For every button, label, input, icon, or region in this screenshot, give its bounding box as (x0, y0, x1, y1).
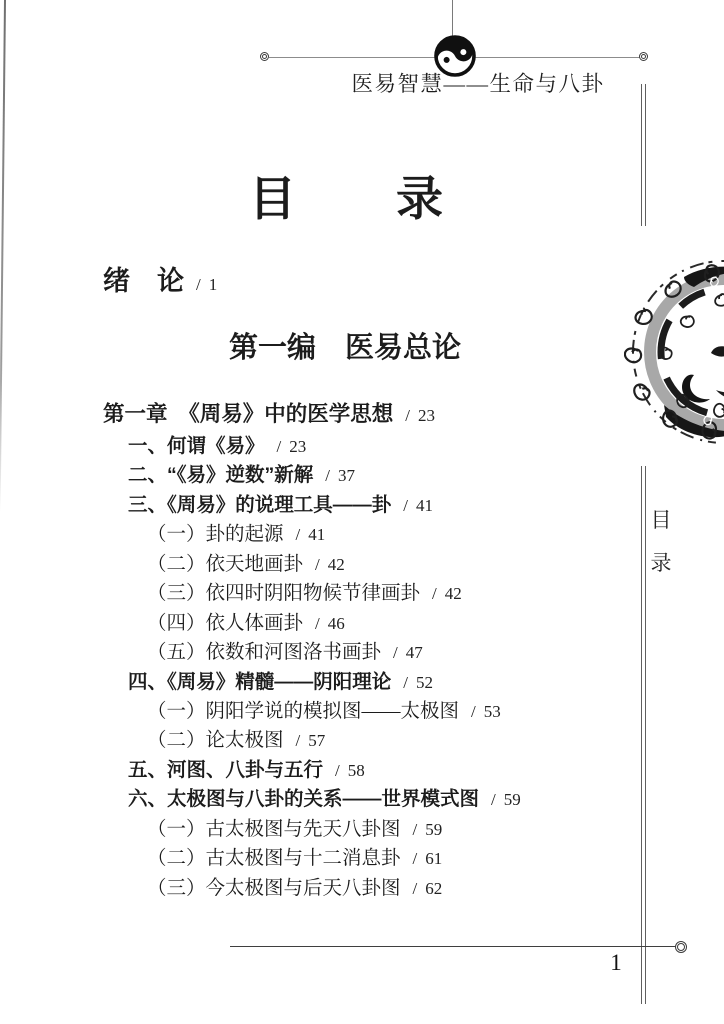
toc-entry-page: 37 (338, 466, 355, 485)
toc-entry-page: 47 (406, 643, 423, 662)
toc-entry: 二、“《易》逆数”新解 / 37 (103, 461, 623, 490)
toc-entry: （一）卦的起源 / 41 (103, 520, 623, 549)
margin-tab-char: 录 (649, 552, 673, 575)
toc-entry: （四）依人体画卦 / 46 (103, 609, 623, 638)
toc-list: 第一章 《周易》中的医学思想 / 23 一、何谓《易》 / 23 二、“《易》逆… (103, 396, 623, 903)
toc-entry-separator: / (471, 702, 476, 721)
chapter-label: 第一章 《周易》中的医学思想 (103, 402, 393, 426)
toc-entry-label: 五、河图、八卦与五行 (128, 759, 323, 781)
intro-label: 绪 论 (103, 266, 184, 296)
intro-entry: 绪 论 / 1 (103, 263, 217, 299)
margin-rule-bottom (641, 466, 646, 1004)
toc-entry-page: 23 (289, 437, 306, 456)
toc-entry-label: （二）论太极图 (147, 730, 284, 751)
toc-entry-page: 42 (445, 584, 462, 603)
margin-rule-top (641, 84, 646, 226)
running-title: 医易智慧——生命与八卦 (278, 71, 678, 97)
toc-entry-separator: / (277, 437, 282, 456)
toc-entry-separator: / (413, 820, 418, 839)
footer-rule (230, 946, 676, 947)
toc-entry-label: （三）今太极图与后天八卦图 (147, 878, 401, 899)
toc-entry: （三）今太极图与后天八卦图 / 62 (103, 874, 623, 903)
toc-entry-label: 二、“《易》逆数”新解 (128, 464, 313, 486)
toc-entry: （一）阴阳学说的模拟图——太极图 / 53 (103, 697, 623, 726)
toc-entry-page: 61 (425, 849, 442, 868)
toc-entry: 五、河图、八卦与五行 / 58 (103, 756, 623, 785)
toc-entry-label: （一）阴阳学说的模拟图——太极图 (147, 701, 459, 722)
toc-entry-separator: / (296, 731, 301, 750)
line-end-ring-icon (639, 52, 648, 61)
toc-entry-page: 59 (504, 790, 521, 809)
toc-entry-page: 58 (348, 761, 365, 780)
line-end-ring-icon (675, 941, 687, 953)
toc-entry-separator: / (315, 614, 320, 633)
toc-entry-page: 41 (308, 525, 325, 544)
toc-entry: 三、《周易》的说理工具——卦 / 41 (103, 491, 623, 520)
toc-entry-page: 59 (425, 820, 442, 839)
toc-entry-separator: / (413, 849, 418, 868)
toc-entry-page: 52 (416, 673, 433, 692)
header-stem-line (452, 0, 453, 37)
margin-tab-toc: 目 录 (649, 509, 673, 575)
toc-entry-separator: / (325, 466, 330, 485)
toc-entry-separator: / (432, 584, 437, 603)
toc-entry-separator: / (315, 555, 320, 574)
toc-entry-page: 46 (328, 614, 345, 633)
chapter-separator: / (405, 406, 410, 425)
toc-entry-label: （一）卦的起源 (147, 524, 284, 545)
book-toc-page: 医易智慧——生命与八卦 目 录 绪 论 / 1 第一编 医易总论 第一章 《周易… (0, 0, 724, 1024)
toc-entry: 一、何谓《易》 / 23 (103, 432, 623, 461)
intro-separator: / (196, 275, 201, 294)
toc-entry-page: 62 (425, 879, 442, 898)
toc-entry-label: （二）古太极图与十二消息卦 (147, 848, 401, 869)
toc-entry: （五）依数和河图洛书画卦 / 47 (103, 638, 623, 667)
toc-entry: （一）古太极图与先天八卦图 / 59 (103, 815, 623, 844)
toc-entry-label: 三、《周易》的说理工具——卦 (128, 494, 391, 516)
toc-entry: 六、太极图与八卦的关系——世界模式图 / 59 (103, 785, 623, 814)
toc-entry-page: 53 (484, 702, 501, 721)
toc-entry: 四、《周易》精髓——阴阳理论 / 52 (103, 668, 623, 697)
scan-edge-line (0, 0, 5, 512)
toc-entry: （二）论太极图 / 57 (103, 726, 623, 755)
toc-entry-separator: / (413, 879, 418, 898)
toc-entry-label: （五）依数和河图洛书画卦 (147, 642, 381, 663)
page-number: 1 (601, 950, 631, 976)
toc-entry-separator: / (393, 643, 398, 662)
toc-entry-separator: / (403, 673, 408, 692)
toc-entry-separator: / (296, 525, 301, 544)
toc-heading: 目 录 (27, 177, 667, 224)
toc-entry-label: 四、《周易》精髓——阴阳理论 (128, 671, 391, 693)
margin-tab-char: 目 (649, 509, 673, 532)
toc-entry-label: 六、太极图与八卦的关系——世界模式图 (128, 788, 479, 810)
toc-entry: （三）依四时阴阳物候节律画卦 / 42 (103, 579, 623, 608)
chapter-entry: 第一章 《周易》中的医学思想 / 23 (103, 396, 623, 432)
toc-entry-separator: / (335, 761, 340, 780)
dragon-medallion-image (624, 255, 724, 449)
toc-entry-page: 42 (328, 555, 345, 574)
chapter-page-number: 23 (418, 406, 435, 425)
toc-entry-page: 57 (308, 731, 325, 750)
toc-entry-label: （一）古太极图与先天八卦图 (147, 819, 401, 840)
intro-page-number: 1 (209, 275, 218, 294)
toc-entry: （二）古太极图与十二消息卦 / 61 (103, 844, 623, 873)
toc-entry-label: 一、何谓《易》 (128, 435, 265, 457)
toc-entry-separator: / (491, 790, 496, 809)
toc-entry-label: （三）依四时阴阳物候节律画卦 (147, 583, 420, 604)
line-end-ring-icon (260, 52, 269, 61)
part-title: 第一编 医易总论 (25, 330, 665, 366)
toc-entry-label: （二）依天地画卦 (147, 554, 303, 575)
toc-entry-separator: / (403, 496, 408, 515)
toc-entries: 一、何谓《易》 / 23 二、“《易》逆数”新解 / 37 三、《周易》的说理工… (103, 432, 623, 903)
toc-entry-page: 41 (416, 496, 433, 515)
toc-entry: （二）依天地画卦 / 42 (103, 550, 623, 579)
toc-entry-label: （四）依人体画卦 (147, 613, 303, 634)
